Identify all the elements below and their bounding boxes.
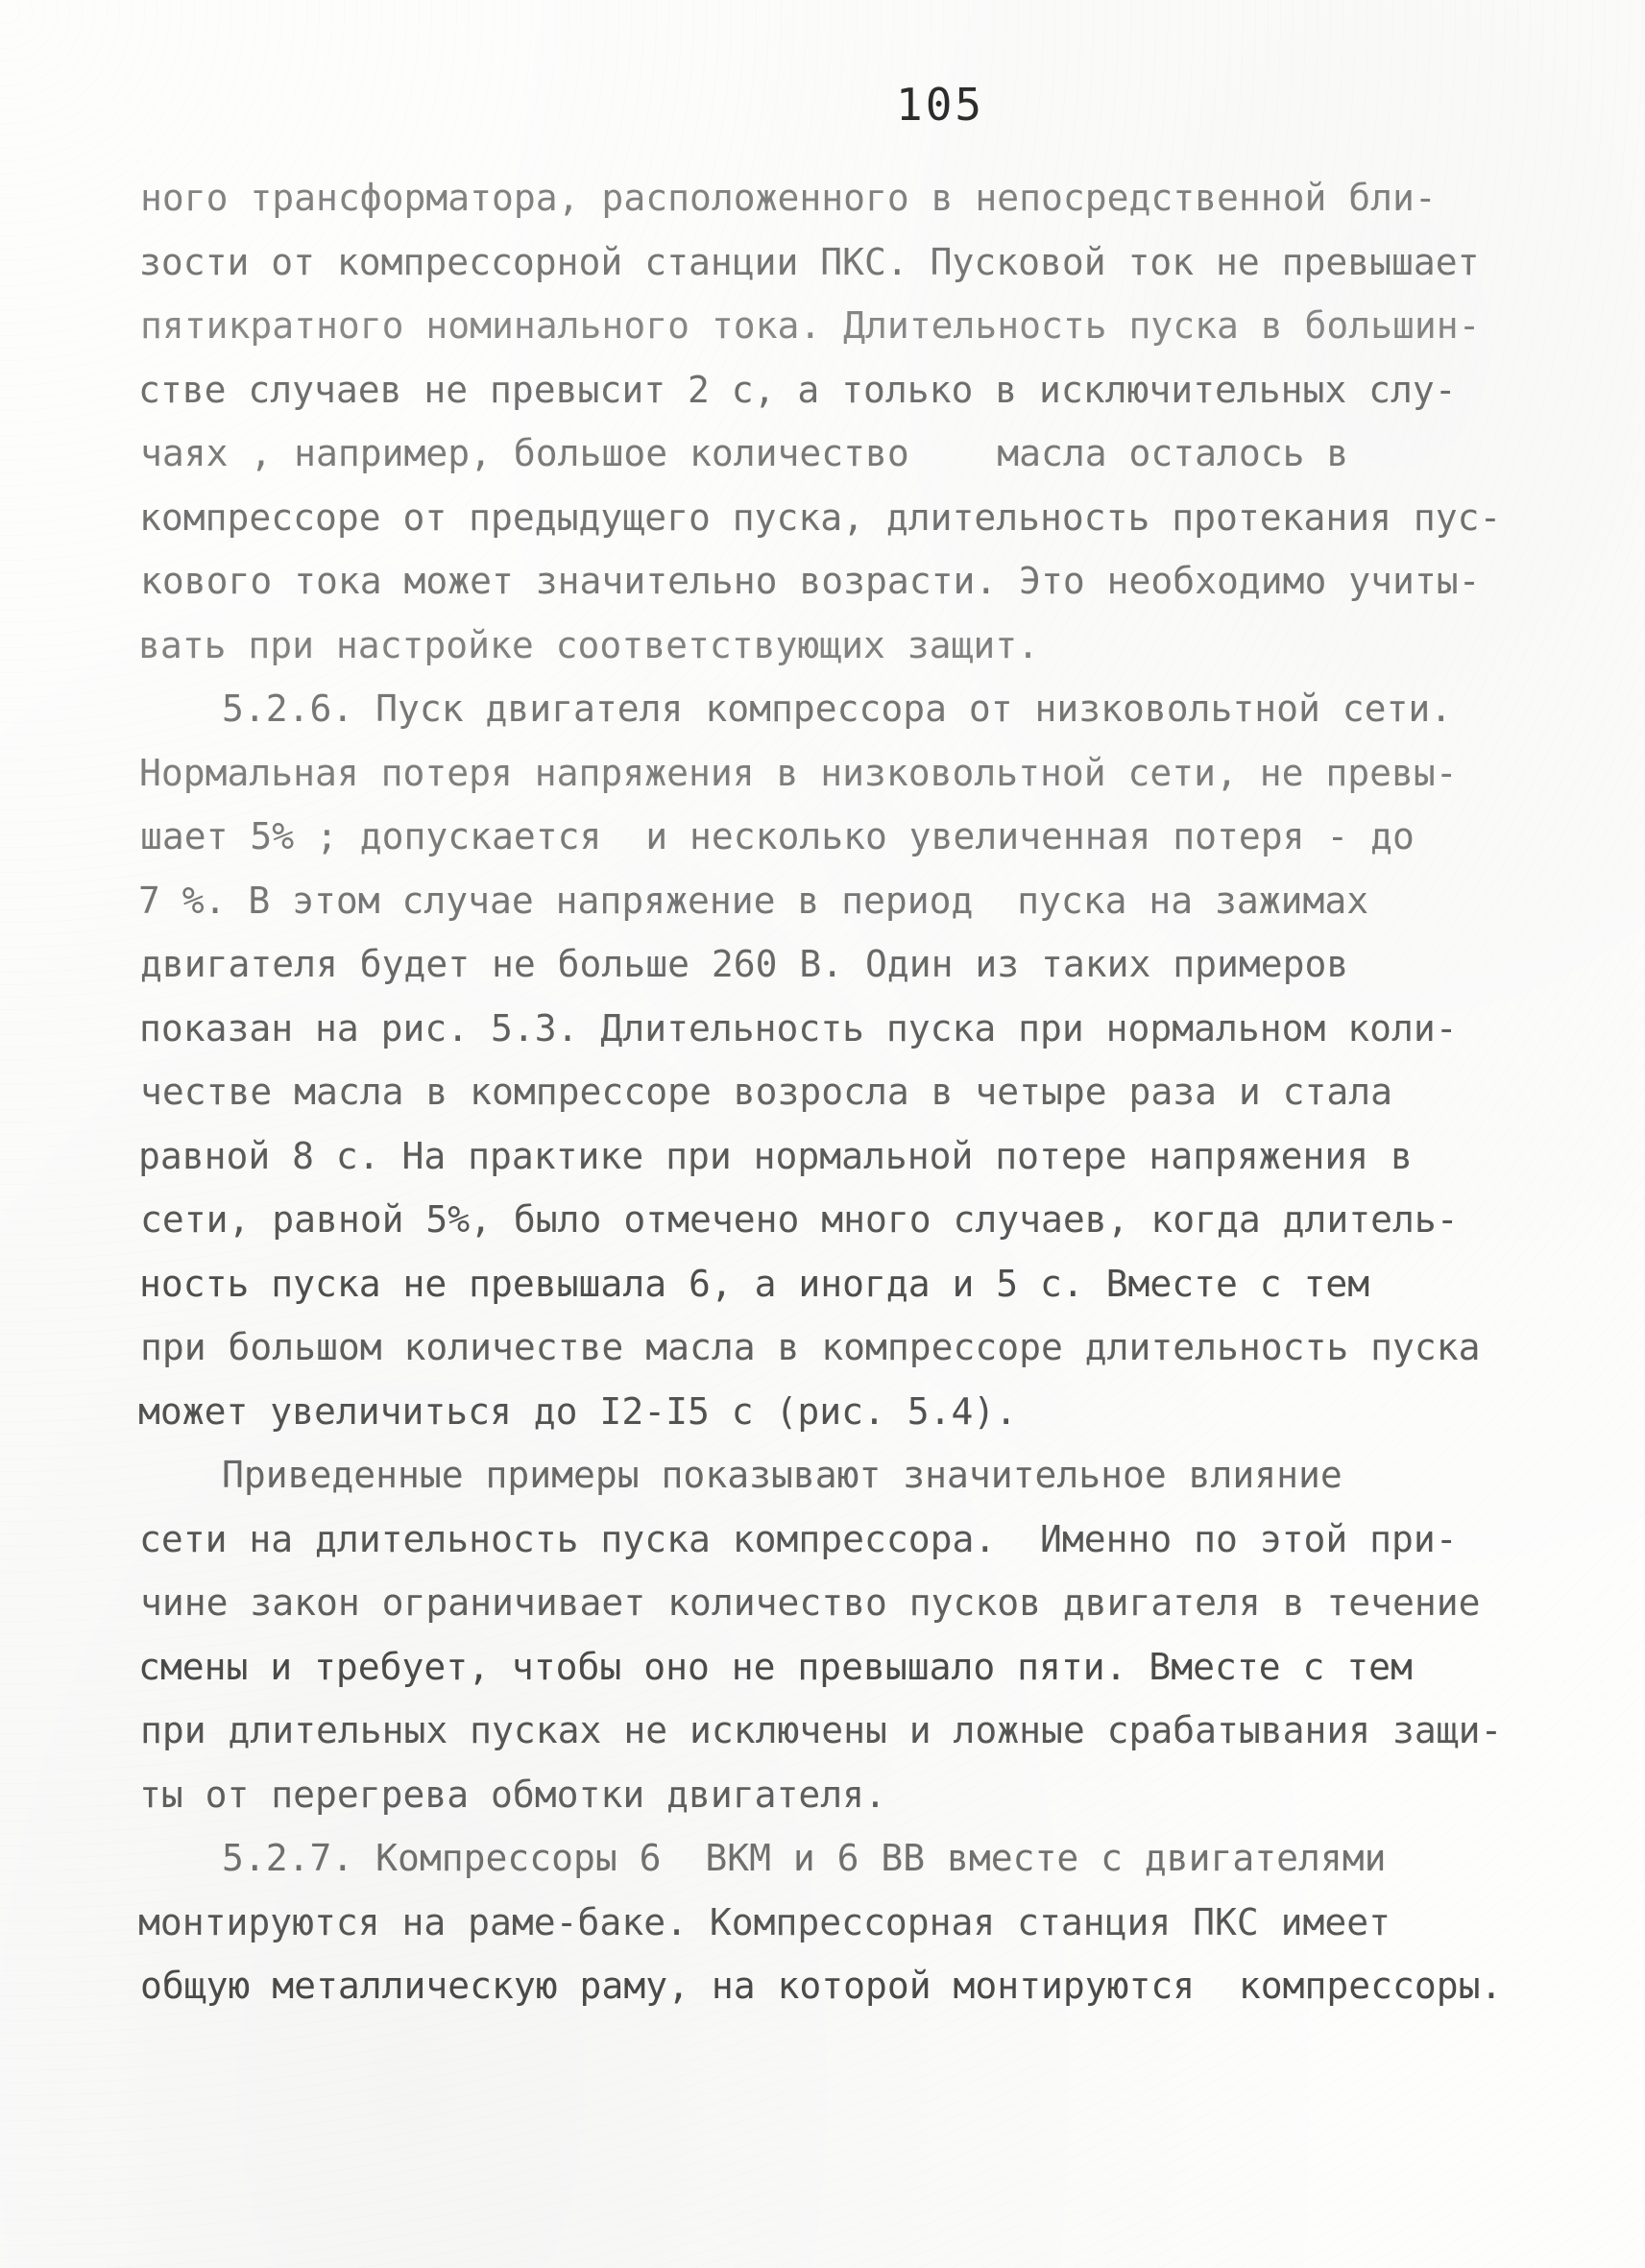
text-line: чине закон ограничивает количество пуско… xyxy=(140,1571,1561,1635)
text-line: при большом количестве масла в компрессо… xyxy=(140,1315,1561,1380)
page-number: 105 xyxy=(896,83,984,127)
text-line: стве случаев не превысит 2 с, а только в… xyxy=(138,358,1560,422)
text-line: общую металлическую раму, на которой мон… xyxy=(140,1954,1561,2018)
text-line: Приведенные примеры показывают значитель… xyxy=(140,1443,1561,1508)
text-line: сети на длительность пуска компрессора. … xyxy=(139,1508,1560,1572)
text-line: 5.2.6. Пуск двигателя компрессора от низ… xyxy=(140,677,1561,741)
text-line: чаях , например, большое количество масл… xyxy=(140,422,1561,486)
text-line: может увеличиться до I2-I5 с (рис. 5.4). xyxy=(138,1380,1560,1444)
text-line: показан на рис. 5.3. Длительность пуска … xyxy=(139,997,1560,1061)
text-line: при длительных пусках не исключены и лож… xyxy=(140,1699,1561,1763)
text-line: смены и требует, чтобы оно не превышало … xyxy=(138,1635,1560,1700)
text-line: сети, равной 5%, было отмечено много слу… xyxy=(140,1188,1561,1252)
text-line: шает 5% ; допускается и несколько увелич… xyxy=(140,805,1561,869)
text-line: двигателя будет не больше 260 В. Один из… xyxy=(140,932,1561,997)
text-line: 7 %. В этом случае напряжение в период п… xyxy=(138,869,1560,933)
text-line: пятикратного номинального тока. Длительн… xyxy=(140,294,1561,358)
text-line: ты от перегрева обмотки двигателя. xyxy=(139,1763,1560,1827)
text-line: Нормальная потеря напряжения в низковоль… xyxy=(139,741,1560,806)
text-line: зости от компрессорной станции ПКС. Пуск… xyxy=(139,230,1560,295)
text-line: монтируются на раме-баке. Компрессорная … xyxy=(138,1891,1560,1955)
page-text: ного трансформатора, расположенного в не… xyxy=(139,166,1560,2018)
text-line: честве масла в компрессоре возросла в че… xyxy=(140,1060,1561,1124)
text-line: 5.2.7. Компрессоры 6 ВКМ и 6 ВВ вместе с… xyxy=(140,1826,1561,1891)
text-line: вать при настройке соответствующих защит… xyxy=(138,614,1560,678)
scanned-document-page: 105 ного трансформатора, расположенного … xyxy=(0,0,1645,2268)
text-line: кового тока может значительно возрасти. … xyxy=(140,549,1561,614)
text-line: компрессоре от предыдущего пуска, длител… xyxy=(139,486,1560,550)
text-line: ность пуска не превышала 6, а иногда и 5… xyxy=(139,1252,1560,1316)
text-line: равной 8 с. На практике при нормальной п… xyxy=(138,1124,1560,1189)
text-line: ного трансформатора, расположенного в не… xyxy=(140,166,1561,230)
